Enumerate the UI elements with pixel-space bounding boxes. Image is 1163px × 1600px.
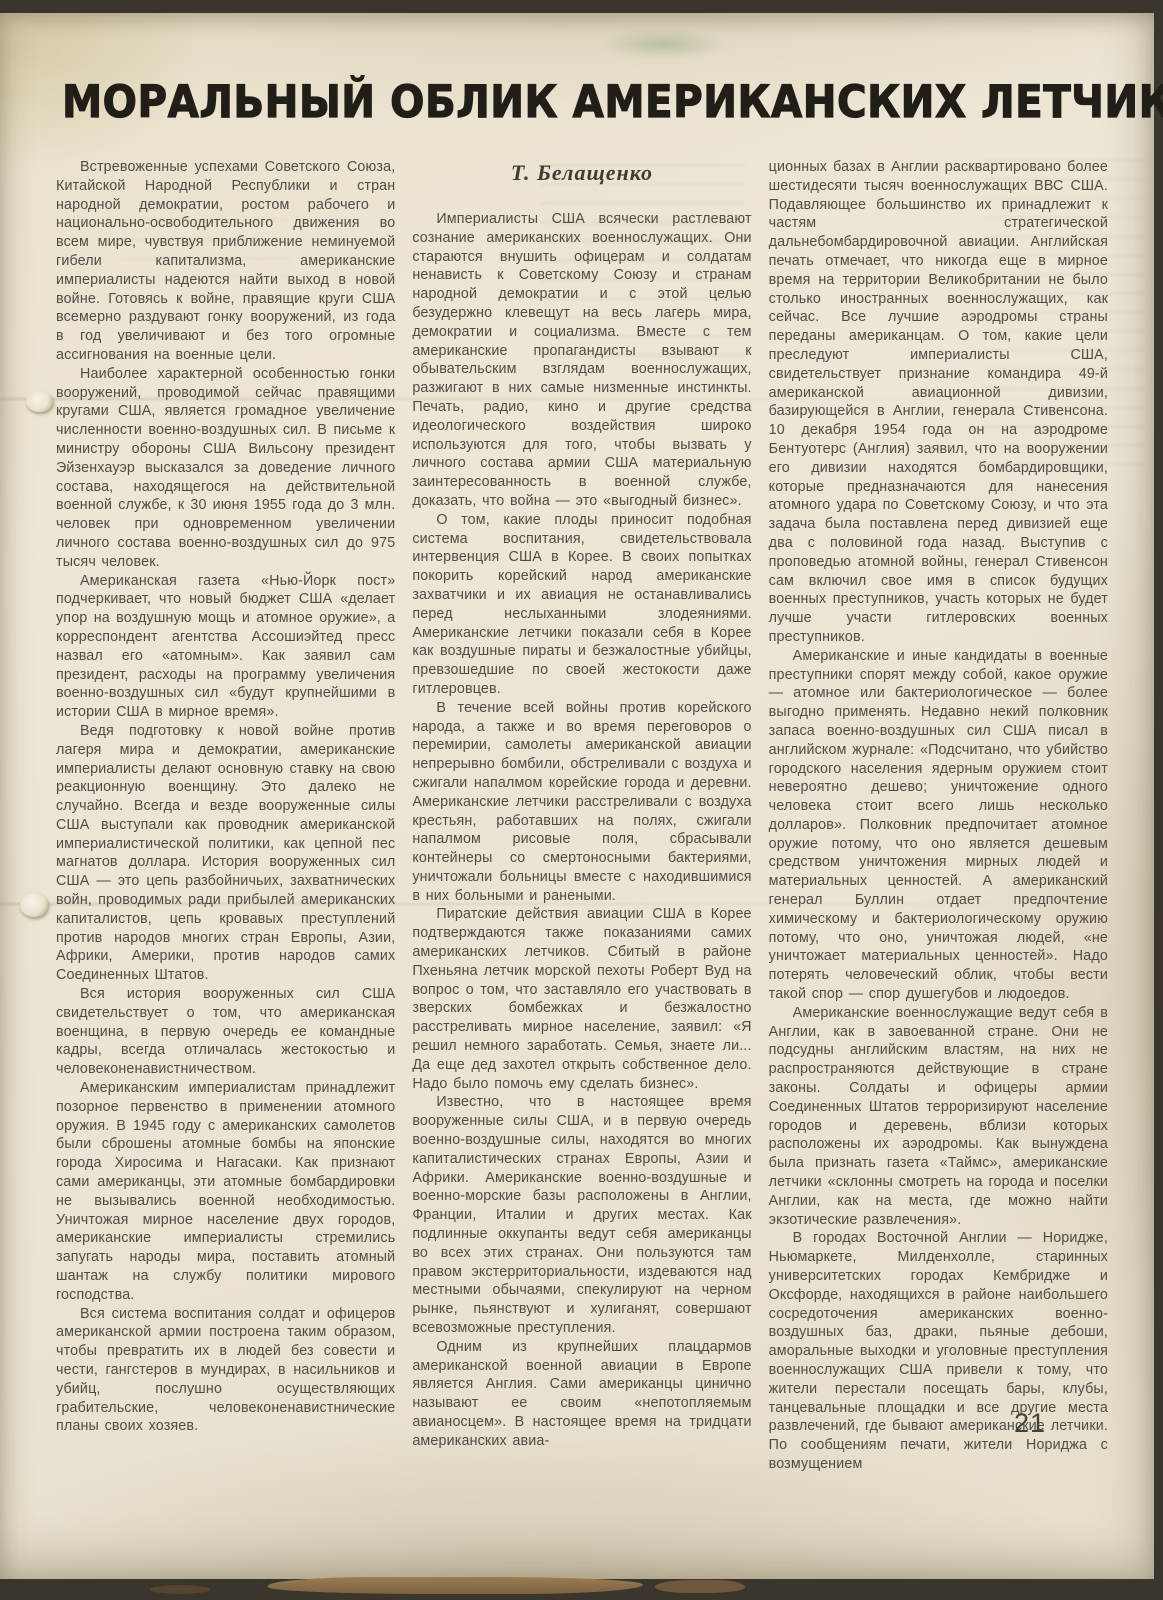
paragraph: Вся система воспитания солдат и офицеров…	[56, 1305, 395, 1437]
paragraph: Американские военнослужащие ведут себя в…	[769, 1004, 1108, 1230]
hole-punch	[26, 391, 53, 412]
article: МОРАЛЬНЫЙ ОБЛИК АМЕРИКАНСКИХ ЛЕТЧИКОВ Вс…	[56, 78, 1108, 1474]
paragraph: В городах Восточной Англии — Норидже, Нь…	[769, 1229, 1108, 1473]
ink-smudge	[598, 29, 728, 59]
paragraph: Известно, что в настоящее время вооружен…	[412, 1093, 751, 1337]
text-column-right: ционных базах в Англии расквартировано б…	[769, 158, 1108, 1474]
torn-edge	[268, 1577, 643, 1594]
paragraph: Ведя подготовку к новой войне против лаг…	[56, 722, 395, 985]
paragraph: Вся история вооруженных сил США свидетел…	[56, 985, 395, 1079]
paragraph: Американская газета «Нью-Йорк пост» подч…	[56, 572, 395, 722]
torn-edge	[655, 1580, 745, 1593]
article-title: МОРАЛЬНЫЙ ОБЛИК АМЕРИКАНСКИХ ЛЕТЧИКОВ	[62, 76, 1092, 128]
paragraph: ционных базах в Англии расквартировано б…	[769, 158, 1108, 647]
paragraph: Пиратские действия авиации США в Корее п…	[412, 905, 751, 1093]
paragraph: Империалисты США всячески растлевают соз…	[412, 210, 751, 511]
text-column-center: Т. Белащенко Империалисты США всячески р…	[412, 158, 751, 1474]
hole-punch	[20, 893, 48, 917]
article-columns: Встревоженные успехами Советского Союза,…	[56, 158, 1108, 1474]
paragraph: Одним из крупнейших плацдармов американс…	[412, 1338, 751, 1451]
paragraph: Встревоженные успехами Советского Союза,…	[56, 158, 395, 365]
paragraph: О том, какие плоды приносит подобная сис…	[412, 511, 751, 699]
text-column-left: Встревоженные успехами Советского Союза,…	[56, 158, 395, 1474]
page-number: 21	[1014, 1408, 1046, 1439]
paragraph: Американским империалистам принадлежит п…	[56, 1079, 395, 1305]
paragraph: В течение всей войны против корейского н…	[412, 699, 751, 906]
torn-edge	[150, 1585, 210, 1594]
author-byline: Т. Белащенко	[412, 160, 751, 186]
paragraph: Американские и иные кандидаты в военные …	[769, 647, 1108, 1004]
paragraph: Наиболее характерной особенностью гонки …	[56, 365, 395, 572]
